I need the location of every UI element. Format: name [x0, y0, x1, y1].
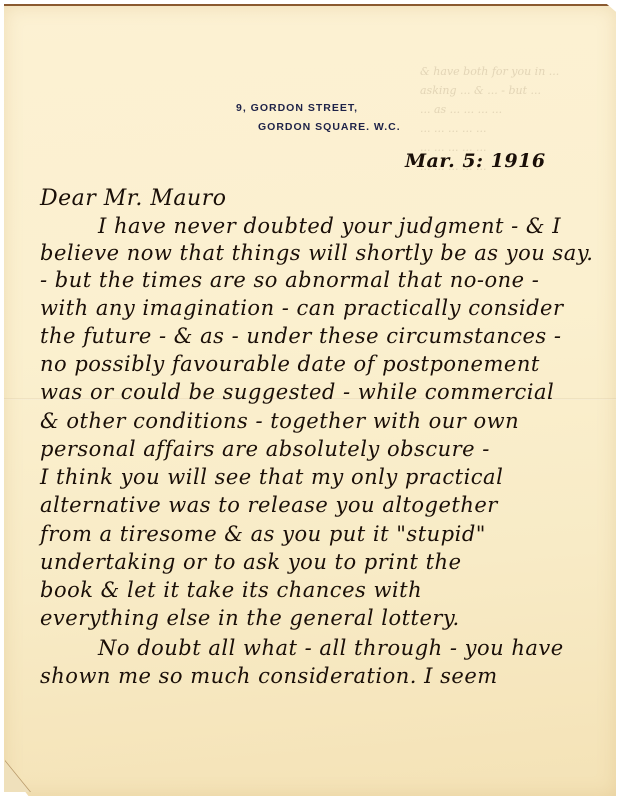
letter-date: Mar. 5: 1916 [405, 150, 546, 172]
body-line: alternative was to release you altogethe… [40, 493, 498, 517]
letterhead-square: GORDON SQUARE. W.C. [258, 121, 401, 133]
body-line: - but the times are so abnormal that no-… [40, 268, 539, 292]
body-line: was or could be suggested - while commer… [40, 380, 554, 404]
body-line: with any imagination - can practically c… [40, 296, 564, 320]
body-line: No doubt all what - all through - you ha… [98, 636, 564, 660]
body-line: book & let it take its chances with [40, 578, 422, 602]
body-line: the future - & as - under these circumst… [40, 324, 561, 348]
body-line: shown me so much consideration. I seem [40, 664, 498, 688]
body-line: believe now that things will shortly be … [40, 241, 593, 265]
body-line: personal affairs are absolutely obscure … [40, 437, 490, 461]
salutation: Dear Mr. Mauro [40, 186, 226, 211]
body-line: & other conditions - together with our o… [40, 409, 519, 433]
body-line: everything else in the general lottery. [40, 606, 460, 630]
body-line: undertaking or to ask you to print the [40, 550, 462, 574]
dog-eared-corner [4, 760, 30, 792]
body-line: no possibly favourable date of postponem… [40, 352, 540, 376]
body-line: from a tiresome & as you put it "stupid" [40, 522, 486, 546]
body-line: I have never doubted your judgment - & I [98, 214, 561, 238]
body-line: I think you will see that my only practi… [40, 465, 503, 489]
letterhead-street: 9, GORDON STREET, [236, 102, 358, 114]
